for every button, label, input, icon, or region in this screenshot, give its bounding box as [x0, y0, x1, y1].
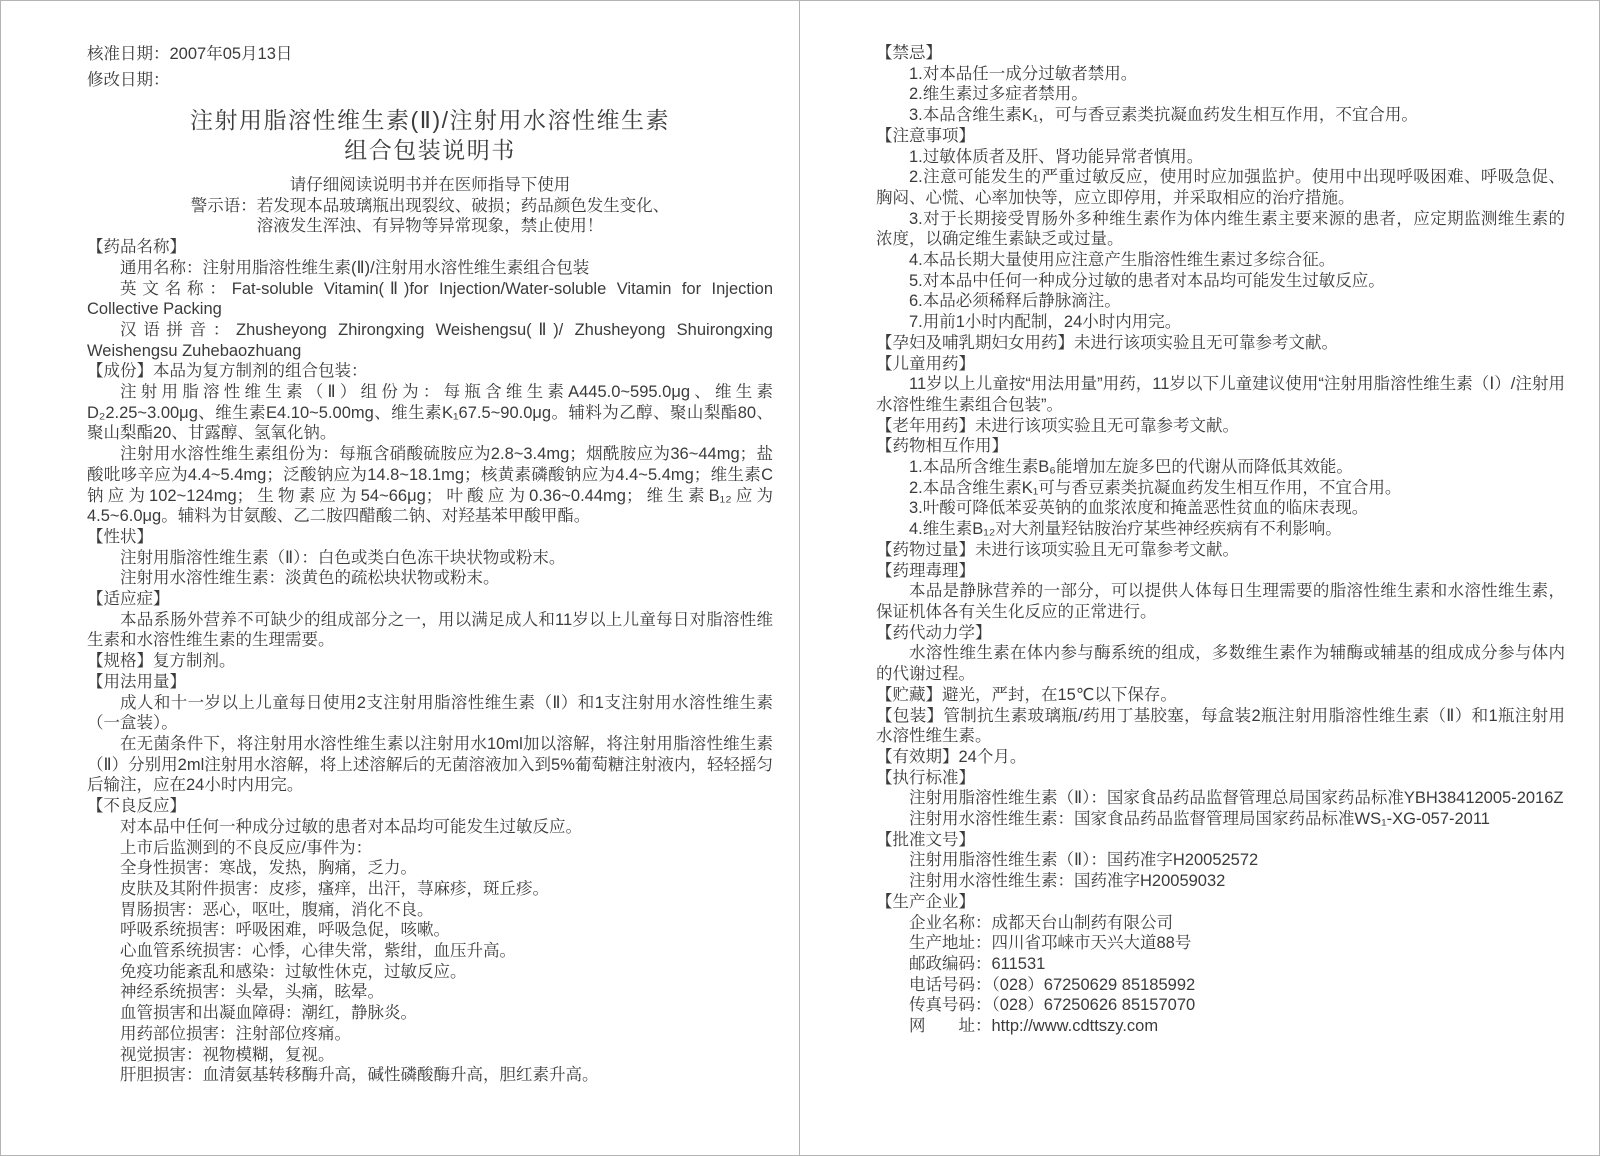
- paragraph: 3.本品含维生素K₁，可与香豆素类抗凝血药发生相互作用，不宜合用。: [876, 105, 1565, 126]
- paragraph: 全身性损害：寒战，发热，胸痛，乏力。: [87, 858, 773, 879]
- section-heading: 【药物相互作用】: [876, 436, 1565, 457]
- paragraph: 注射用脂溶性维生素（Ⅱ）：白色或类白色冻干块状物或粉末。: [87, 548, 773, 569]
- section-heading: 【不良反应】: [87, 796, 773, 817]
- notice-line: 警示语：若发现本品玻璃瓶出现裂纹、破损；药品颜色发生变化、: [87, 196, 773, 217]
- section-heading: 【包装】管制抗生素玻璃瓶/药用丁基胶塞，每盒装2瓶注射用脂溶性维生素（Ⅱ）和1瓶…: [876, 706, 1565, 747]
- section-heading: 【药代动力学】: [876, 623, 1565, 644]
- document-title: 注射用脂溶性维生素(Ⅱ)/注射用水溶性维生素组合包装说明书: [87, 105, 773, 165]
- paragraph: 肝胆损害：血清氨基转移酶升高，碱性磷酸酶升高，胆红素升高。: [87, 1065, 773, 1086]
- section-heading: 【有效期】24个月。: [876, 747, 1565, 768]
- paragraph: 注射用水溶性维生素组份为：每瓶含硝酸硫胺应为2.8~3.4mg；烟酰胺应为36~…: [87, 444, 773, 527]
- paragraph: 2.本品含维生素K₁可与香豆素类抗凝血药发生相互作用，不宜合用。: [876, 478, 1565, 499]
- paragraph: 生产地址：四川省邛崃市天兴大道88号: [876, 933, 1565, 954]
- leaflet-sheet: 核准日期：2007年05月13日修改日期：注射用脂溶性维生素(Ⅱ)/注射用水溶性…: [0, 0, 1600, 1156]
- section-heading: 【老年用药】未进行该项实验且无可靠参考文献。: [876, 416, 1565, 437]
- paragraph: 1.对本品任一成分过敏者禁用。: [876, 64, 1565, 85]
- paragraph: 注射用脂溶性维生素（Ⅱ）组份为：每瓶含维生素A445.0~595.0μg、维生素…: [87, 382, 773, 444]
- section-heading: 【孕妇及哺乳期妇女用药】未进行该项实验且无可靠参考文献。: [876, 333, 1565, 354]
- section-heading: 【规格】复方制剂。: [87, 651, 773, 672]
- paragraph: 网 址：http://www.cdttszy.com: [876, 1016, 1565, 1037]
- paragraph: 用药部位损害：注射部位疼痛。: [87, 1024, 773, 1045]
- paragraph: 视觉损害：视物模糊，复视。: [87, 1045, 773, 1066]
- leaflet-page-right: 【禁忌】1.对本品任一成分过敏者禁用。2.维生素过多症者禁用。3.本品含维生素K…: [800, 1, 1599, 1155]
- paragraph: 注射用水溶性维生素：淡黄色的疏松块状物或粉末。: [87, 568, 773, 589]
- document-title-line: 组合包装说明书: [87, 135, 773, 165]
- document-title-line: 注射用脂溶性维生素(Ⅱ)/注射用水溶性维生素: [87, 105, 773, 135]
- section-heading: 【注意事项】: [876, 126, 1565, 147]
- notice-line: 溶液发生浑浊、有异物等异常现象，禁止使用！: [87, 216, 773, 237]
- section-heading: 【贮藏】避光，严封，在15℃以下保存。: [876, 685, 1565, 706]
- section-heading: 【适应症】: [87, 589, 773, 610]
- paragraph: 免疫功能紊乱和感染：过敏性休克，过敏反应。: [87, 962, 773, 983]
- paragraph: 11岁以上儿童按“用法用量”用药，11岁以下儿童建议使用“注射用脂溶性维生素（Ⅰ…: [876, 374, 1565, 415]
- paragraph: 电话号码：（028）67250629 85185992: [876, 975, 1565, 996]
- paragraph: 注射用脂溶性维生素（Ⅱ）：国药准字H20052572: [876, 850, 1565, 871]
- paragraph: 神经系统损害：头晕，头痛，眩晕。: [87, 982, 773, 1003]
- paragraph: 注射用水溶性维生素：国家食品药品监督管理局国家药品标准WS₁-XG-057-20…: [876, 809, 1565, 830]
- paragraph: 企业名称：成都天台山制药有限公司: [876, 913, 1565, 934]
- section-heading: 【药品名称】: [87, 237, 773, 258]
- section-heading: 【生产企业】: [876, 892, 1565, 913]
- date-line: 修改日期：: [87, 67, 773, 93]
- paragraph: 本品系肠外营养不可缺少的组成部分之一，用以满足成人和11岁以上儿童每日对脂溶性维…: [87, 610, 773, 651]
- paragraph: 2.注意可能发生的严重过敏反应，使用时应加强监护。使用中出现呼吸困难、呼吸急促、…: [876, 167, 1565, 208]
- section-heading: 【执行标准】: [876, 768, 1565, 789]
- paragraph: 汉语拼音：Zhusheyong Zhirongxing Weishengsu(Ⅱ…: [87, 320, 773, 361]
- paragraph: 4.本品长期大量使用应注意产生脂溶性维生素过多综合征。: [876, 250, 1565, 271]
- paragraph: 通用名称：注射用脂溶性维生素(Ⅱ)/注射用水溶性维生素组合包装: [87, 258, 773, 279]
- paragraph: 皮肤及其附件损害：皮疹，瘙痒，出汗，荨麻疹，斑丘疹。: [87, 879, 773, 900]
- leaflet-page-left: 核准日期：2007年05月13日修改日期：注射用脂溶性维生素(Ⅱ)/注射用水溶性…: [1, 1, 800, 1155]
- paragraph: 血管损害和出凝血障碍：潮红，静脉炎。: [87, 1003, 773, 1024]
- paragraph: 5.对本品中任何一种成分过敏的患者对本品均可能发生过敏反应。: [876, 271, 1565, 292]
- notice-line: 请仔细阅读说明书并在医师指导下使用: [87, 175, 773, 196]
- paragraph: 英文名称：Fat-soluble Vitamin(Ⅱ)for Injection…: [87, 279, 773, 320]
- section-heading: 【儿童用药】: [876, 354, 1565, 375]
- paragraph: 水溶性维生素在体内参与酶系统的组成，多数维生素作为辅酶或辅基的组成成分参与体内的…: [876, 643, 1565, 684]
- paragraph: 6.本品必须稀释后静脉滴注。: [876, 291, 1565, 312]
- date-line: 核准日期：2007年05月13日: [87, 41, 773, 67]
- paragraph: 成人和十一岁以上儿童每日使用2支注射用脂溶性维生素（Ⅱ）和1支注射用水溶性维生素…: [87, 693, 773, 734]
- paragraph: 1.过敏体质者及肝、肾功能异常者慎用。: [876, 147, 1565, 168]
- section-heading: 【用法用量】: [87, 672, 773, 693]
- paragraph: 7.用前1小时内配制，24小时内用完。: [876, 312, 1565, 333]
- paragraph: 在无菌条件下，将注射用水溶性维生素以注射用水10ml加以溶解，将注射用脂溶性维生…: [87, 734, 773, 796]
- paragraph: 心血管系统损害：心悸，心律失常，紫绀，血压升高。: [87, 941, 773, 962]
- paragraph: 注射用水溶性维生素：国药准字H20059032: [876, 871, 1565, 892]
- section-heading: 【性状】: [87, 527, 773, 548]
- paragraph: 1.本品所含维生素B₆能增加左旋多巴的代谢从而降低其效能。: [876, 457, 1565, 478]
- paragraph: 邮政编码：611531: [876, 954, 1565, 975]
- section-heading: 【禁忌】: [876, 43, 1565, 64]
- section-heading: 【批准文号】: [876, 830, 1565, 851]
- paragraph: 注射用脂溶性维生素（Ⅱ）：国家食品药品监督管理总局国家药品标准YBH384120…: [876, 788, 1565, 809]
- paragraph: 本品是静脉营养的一部分，可以提供人体每日生理需要的脂溶性维生素和水溶性维生素，保…: [876, 581, 1565, 622]
- paragraph: 上市后监测到的不良反应/事件为：: [87, 838, 773, 859]
- paragraph: 3.对于长期接受胃肠外多种维生素作为体内维生素主要来源的患者，应定期监测维生素的…: [876, 209, 1565, 250]
- paragraph: 3.叶酸可降低苯妥英钠的血浆浓度和掩盖恶性贫血的临床表现。: [876, 498, 1565, 519]
- section-heading: 【药物过量】未进行该项实验且无可靠参考文献。: [876, 540, 1565, 561]
- section-heading: 【成份】本品为复方制剂的组合包装：: [87, 361, 773, 382]
- paragraph: 对本品中任何一种成分过敏的患者对本品均可能发生过敏反应。: [87, 817, 773, 838]
- paragraph: 呼吸系统损害：呼吸困难，呼吸急促，咳嗽。: [87, 920, 773, 941]
- paragraph: 传真号码：（028）67250626 85157070: [876, 995, 1565, 1016]
- paragraph: 4.维生素B₁₂对大剂量羟钴胺治疗某些神经疾病有不利影响。: [876, 519, 1565, 540]
- paragraph: 胃肠损害：恶心，呕吐，腹痛，消化不良。: [87, 900, 773, 921]
- section-heading: 【药理毒理】: [876, 561, 1565, 582]
- paragraph: 2.维生素过多症者禁用。: [876, 84, 1565, 105]
